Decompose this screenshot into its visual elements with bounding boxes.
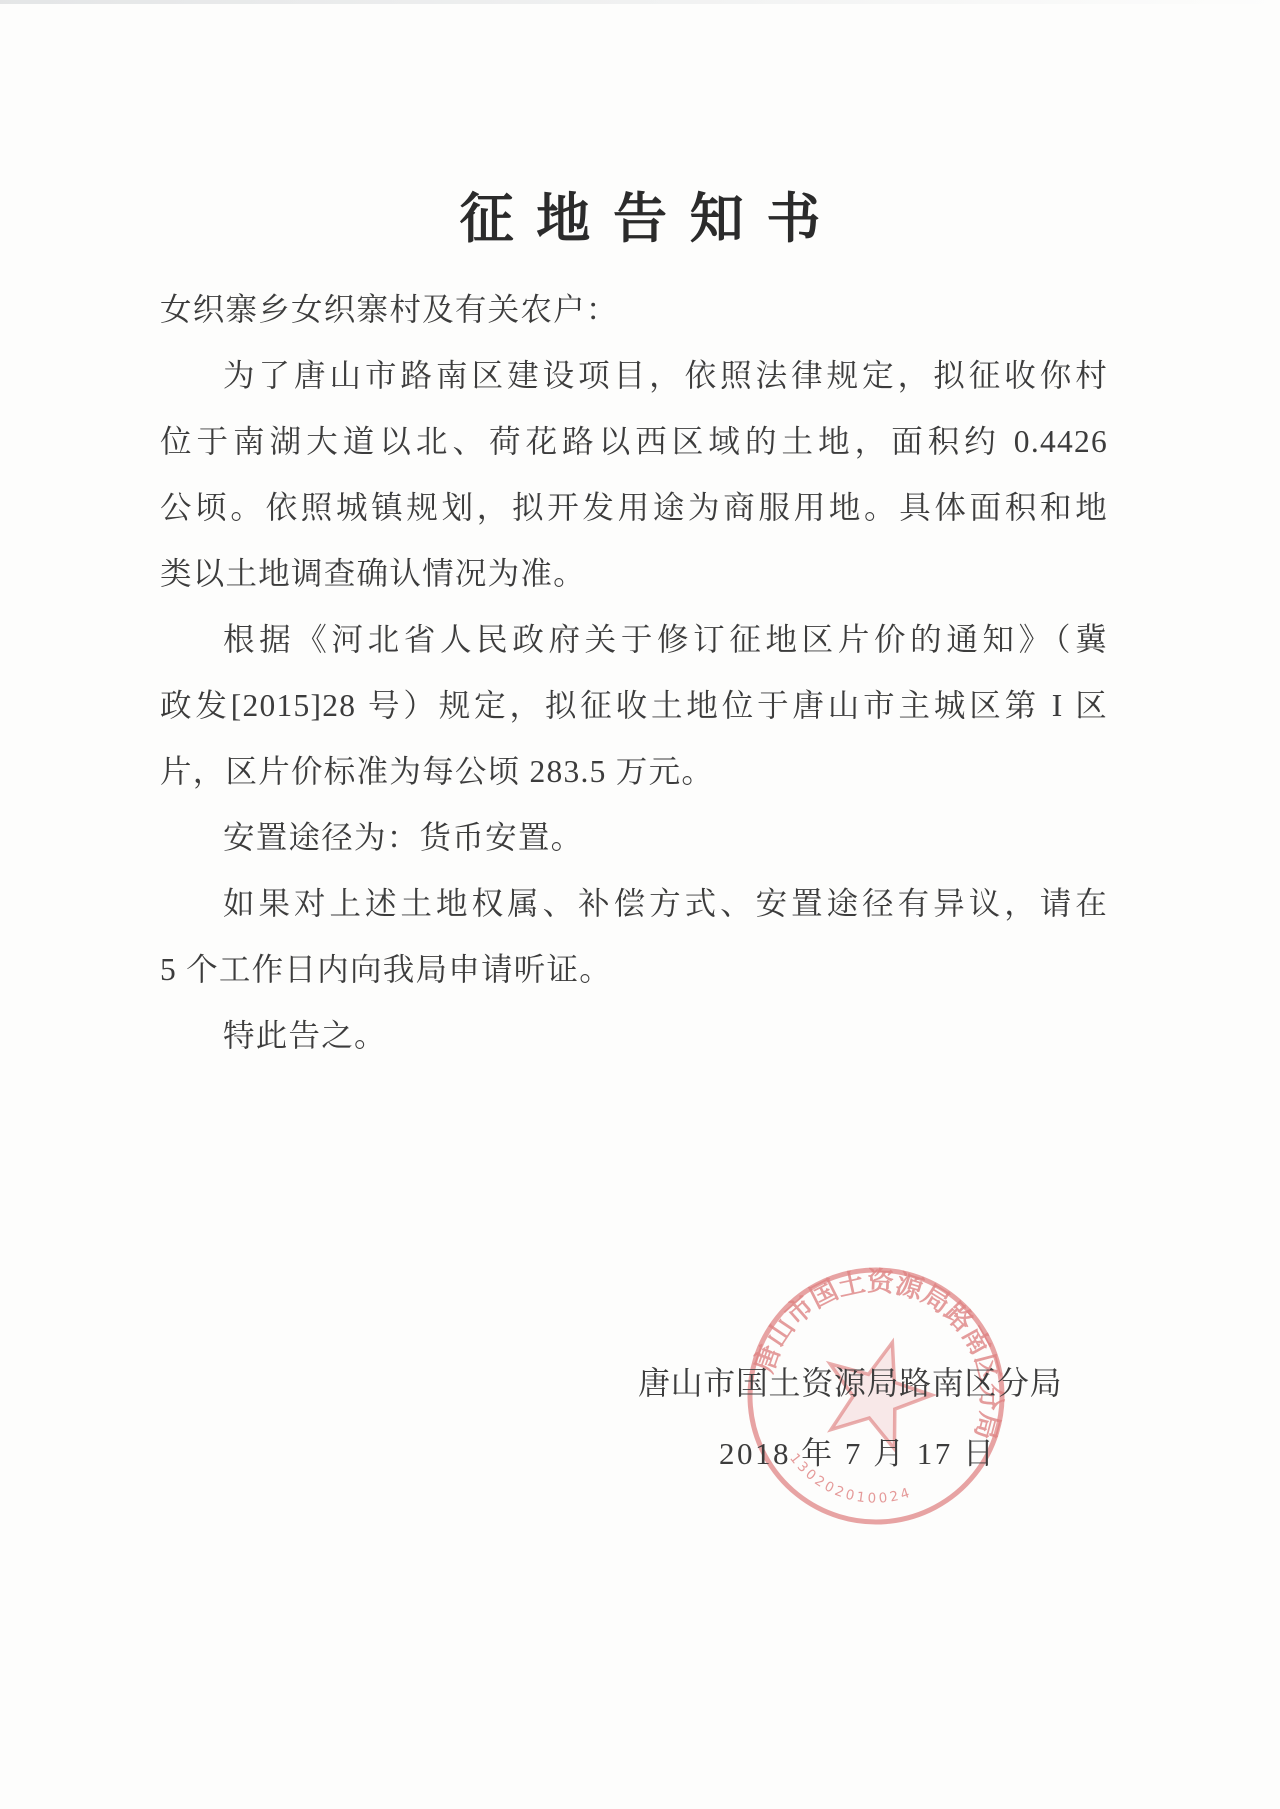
salutation-line: 女织寨乡女织寨村及有关农户： bbox=[160, 277, 1108, 343]
document-body: 女织寨乡女织寨村及有关农户： 为了唐山市路南区建设项目，依照法律规定，拟征收你村… bbox=[160, 277, 1108, 1069]
body-line: 类以土地调查确认情况为准。 bbox=[160, 541, 1108, 607]
body-line: 政发[2015]28 号）规定，拟征收土地位于唐山市主城区第 I 区 bbox=[160, 673, 1108, 739]
page-title: 征地告知书 bbox=[0, 176, 1280, 253]
signature-organization: 唐山市国土资源局路南区分局 bbox=[638, 1358, 1062, 1404]
body-line: 位于南湖大道以北、荷花路以西区域的土地，面积约 0.4426 bbox=[160, 409, 1108, 475]
body-line: 安置途径为：货币安置。 bbox=[160, 805, 1108, 871]
body-line: 为了唐山市路南区建设项目，依照法律规定，拟征收你村 bbox=[160, 343, 1108, 409]
body-line: 5 个工作日内向我局申请听证。 bbox=[160, 937, 1108, 1003]
body-line: 如果对上述土地权属、补偿方式、安置途径有异议，请在 bbox=[160, 871, 1108, 937]
notice-document-page: 征地告知书 女织寨乡女织寨村及有关农户： 为了唐山市路南区建设项目，依照法律规定… bbox=[0, 0, 1280, 1809]
signature-date: 2018 年 7 月 17 日 bbox=[719, 1428, 996, 1473]
body-line: 片，区片价标准为每公顷 283.5 万元。 bbox=[160, 739, 1108, 805]
scan-edge-artifact bbox=[0, 0, 1280, 4]
body-line: 根据《河北省人民政府关于修订征地区片价的通知》（冀 bbox=[160, 607, 1108, 673]
body-line: 公顷。依照城镇规划，拟开发用途为商服用地。具体面积和地 bbox=[160, 475, 1108, 541]
closing-line: 特此告之。 bbox=[160, 1003, 1108, 1069]
